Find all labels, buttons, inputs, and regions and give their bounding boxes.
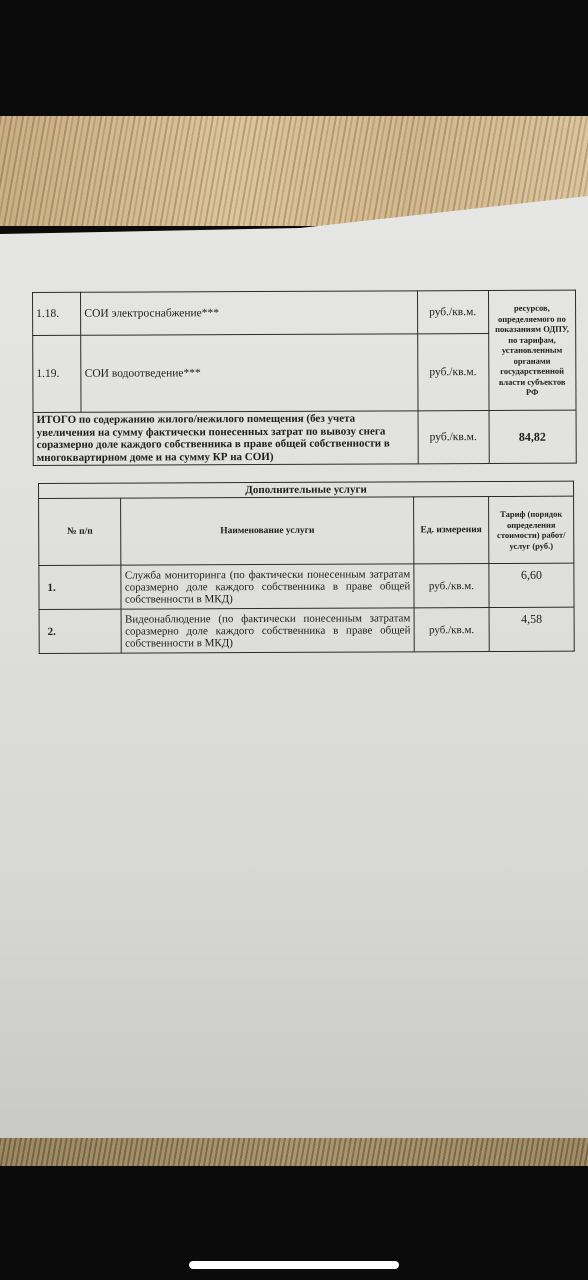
total-value: 84,82 (489, 410, 577, 463)
table-row: 1. Служба мониторинга (по фактически пон… (39, 563, 574, 609)
service-name: Видеонаблюдение (по фактически понесенны… (121, 608, 414, 653)
table-row: 1.18. СОИ электроснабжение*** руб./кв.м.… (33, 290, 576, 335)
row-number: 1.19. (33, 335, 82, 412)
header-number: № п/п (39, 498, 122, 565)
additional-services-table: Дополнительные услуги № п/п Наименование… (38, 481, 575, 654)
unit-of-measure: руб./кв.м. (417, 334, 488, 411)
row-number: 1. (39, 565, 122, 609)
unit-of-measure: руб./кв.м. (414, 608, 490, 652)
tariff-value: 6,60 (489, 563, 574, 607)
wooden-table-background-bottom (0, 1136, 588, 1166)
service-name: СОИ электроснабжение*** (81, 291, 417, 335)
total-unit: руб./кв.м. (418, 411, 489, 464)
table-row: 2. Видеонаблюдение (по фактически понесе… (39, 607, 574, 653)
total-label: ИТОГО по содержанию жилого/нежилого поме… (33, 411, 418, 466)
row-number: 2. (39, 609, 122, 653)
tariff-value: 4,58 (489, 607, 574, 651)
home-indicator-bar[interactable] (189, 1261, 399, 1269)
total-row: ИТОГО по содержанию жилого/нежилого поме… (33, 410, 576, 465)
header-tariff: Тариф (порядок определения стоимости) ра… (489, 496, 574, 563)
header-unit: Ед. измерения (413, 497, 489, 564)
service-name: Служба мониторинга (по фактически понесе… (121, 564, 414, 609)
tariff-table: 1.18. СОИ электроснабжение*** руб./кв.м.… (32, 290, 577, 466)
header-service-name: Наименование услуги (121, 497, 414, 565)
row-number: 1.18. (33, 292, 82, 335)
header-row: № п/п Наименование услуги Ед. измерения … (39, 496, 574, 565)
unit-of-measure: руб./кв.м. (417, 291, 488, 334)
service-name: СОИ водоотведение*** (81, 334, 418, 412)
unit-of-measure: руб./кв.м. (414, 564, 490, 608)
tariff-note: ресурсов, определяемого по показаниям ОД… (488, 290, 576, 410)
